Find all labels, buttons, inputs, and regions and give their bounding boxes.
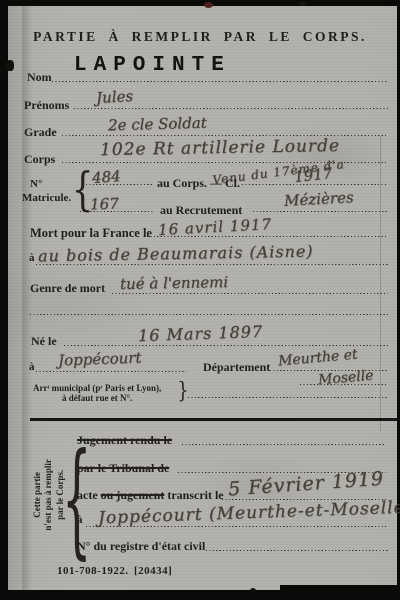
acte-label-part2-struck: ou jugement xyxy=(101,488,165,502)
scan-border-top xyxy=(0,0,400,6)
au-recrutement-label: au Recrutement xyxy=(160,203,242,218)
sidenote-line2: n'est pas à remplir xyxy=(43,436,54,554)
registre-label: N° du registre d'état civil xyxy=(77,539,205,554)
ne-le-label: Né le xyxy=(31,334,57,349)
arrondissement-label-line1: Arrᵗ municipal (pʳ Paris et Lyon), xyxy=(33,383,161,393)
matricule-corps-number: 484 xyxy=(91,167,121,187)
matricule-label: Matricule. xyxy=(22,192,71,204)
dotted-line xyxy=(242,184,388,185)
naissance-lieu-value: Joppécourt xyxy=(58,349,142,370)
dotted-line xyxy=(206,550,388,551)
sidenote-line1: Cette partie xyxy=(32,436,43,554)
dotted-line xyxy=(74,108,388,109)
corps-label: Corps xyxy=(24,152,55,167)
grade-label: Grade xyxy=(24,125,57,140)
ink-speck xyxy=(6,60,14,71)
jugement-label: Jugement rendu le xyxy=(77,433,172,448)
nom-label: Nom xyxy=(27,70,52,85)
form-title: PARTIE À REMPLIR PAR LE CORPS. xyxy=(0,29,400,45)
prenoms-value: Jules xyxy=(96,87,134,107)
transcription-a-label: à xyxy=(77,514,83,526)
dotted-line xyxy=(188,397,388,398)
ink-speck xyxy=(250,588,256,594)
fold-shadow xyxy=(22,6,32,590)
grade-value: 2e cle Soldat xyxy=(108,114,207,135)
dotted-line xyxy=(52,81,388,82)
arrondissement-label-line2: à défaut rue et N°. xyxy=(62,393,132,403)
footer-reference: [20434] xyxy=(134,565,172,577)
acte-label-part3: transcrit le xyxy=(167,488,223,502)
mort-label: Mort pour la France le xyxy=(30,226,152,241)
matricule-recrutement-number: 167 xyxy=(90,195,119,214)
au-corps-label: au Corps. — Cl. xyxy=(157,176,240,191)
ink-speck xyxy=(204,2,213,8)
departement-label: Département xyxy=(203,360,270,375)
arrondissement-brace: } xyxy=(177,381,188,403)
scan-border-left xyxy=(0,0,8,600)
dotted-line xyxy=(182,444,386,445)
section-separator xyxy=(30,418,397,421)
genre-mort-label: Genre de mort xyxy=(30,281,105,296)
matricule-label-no: N° xyxy=(30,178,42,190)
nom-value-stamp: LAPOINTE xyxy=(74,54,231,77)
ink-speck xyxy=(299,1,306,6)
genre-mort-value: tué à l'ennemi xyxy=(120,273,228,293)
right-margin-rule xyxy=(380,136,381,431)
dotted-line xyxy=(30,314,388,315)
dotted-line xyxy=(112,293,388,294)
prenoms-label: Prénoms xyxy=(24,98,69,113)
dotted-line xyxy=(36,371,186,372)
sidenote-vertical-label: Cette partie n'est pas à remplir par le … xyxy=(32,436,66,554)
recrutement-value: Mézières xyxy=(284,188,354,210)
acte-label: acte ou jugement transcrit le xyxy=(77,488,224,503)
lieu-mort-label: à xyxy=(29,252,35,264)
tribunal-label: par le Tribunal de xyxy=(77,461,169,476)
dotted-line xyxy=(253,211,388,212)
scan-border-bottom-right xyxy=(280,585,400,600)
corps-value: 102e Rt artillerie Lourde xyxy=(100,136,340,160)
acte-label-part1: acte xyxy=(77,488,98,502)
dotted-line xyxy=(64,345,388,346)
naissance-a-label: à xyxy=(29,361,35,373)
footer-imprint: 101-708-1922. xyxy=(57,565,129,577)
